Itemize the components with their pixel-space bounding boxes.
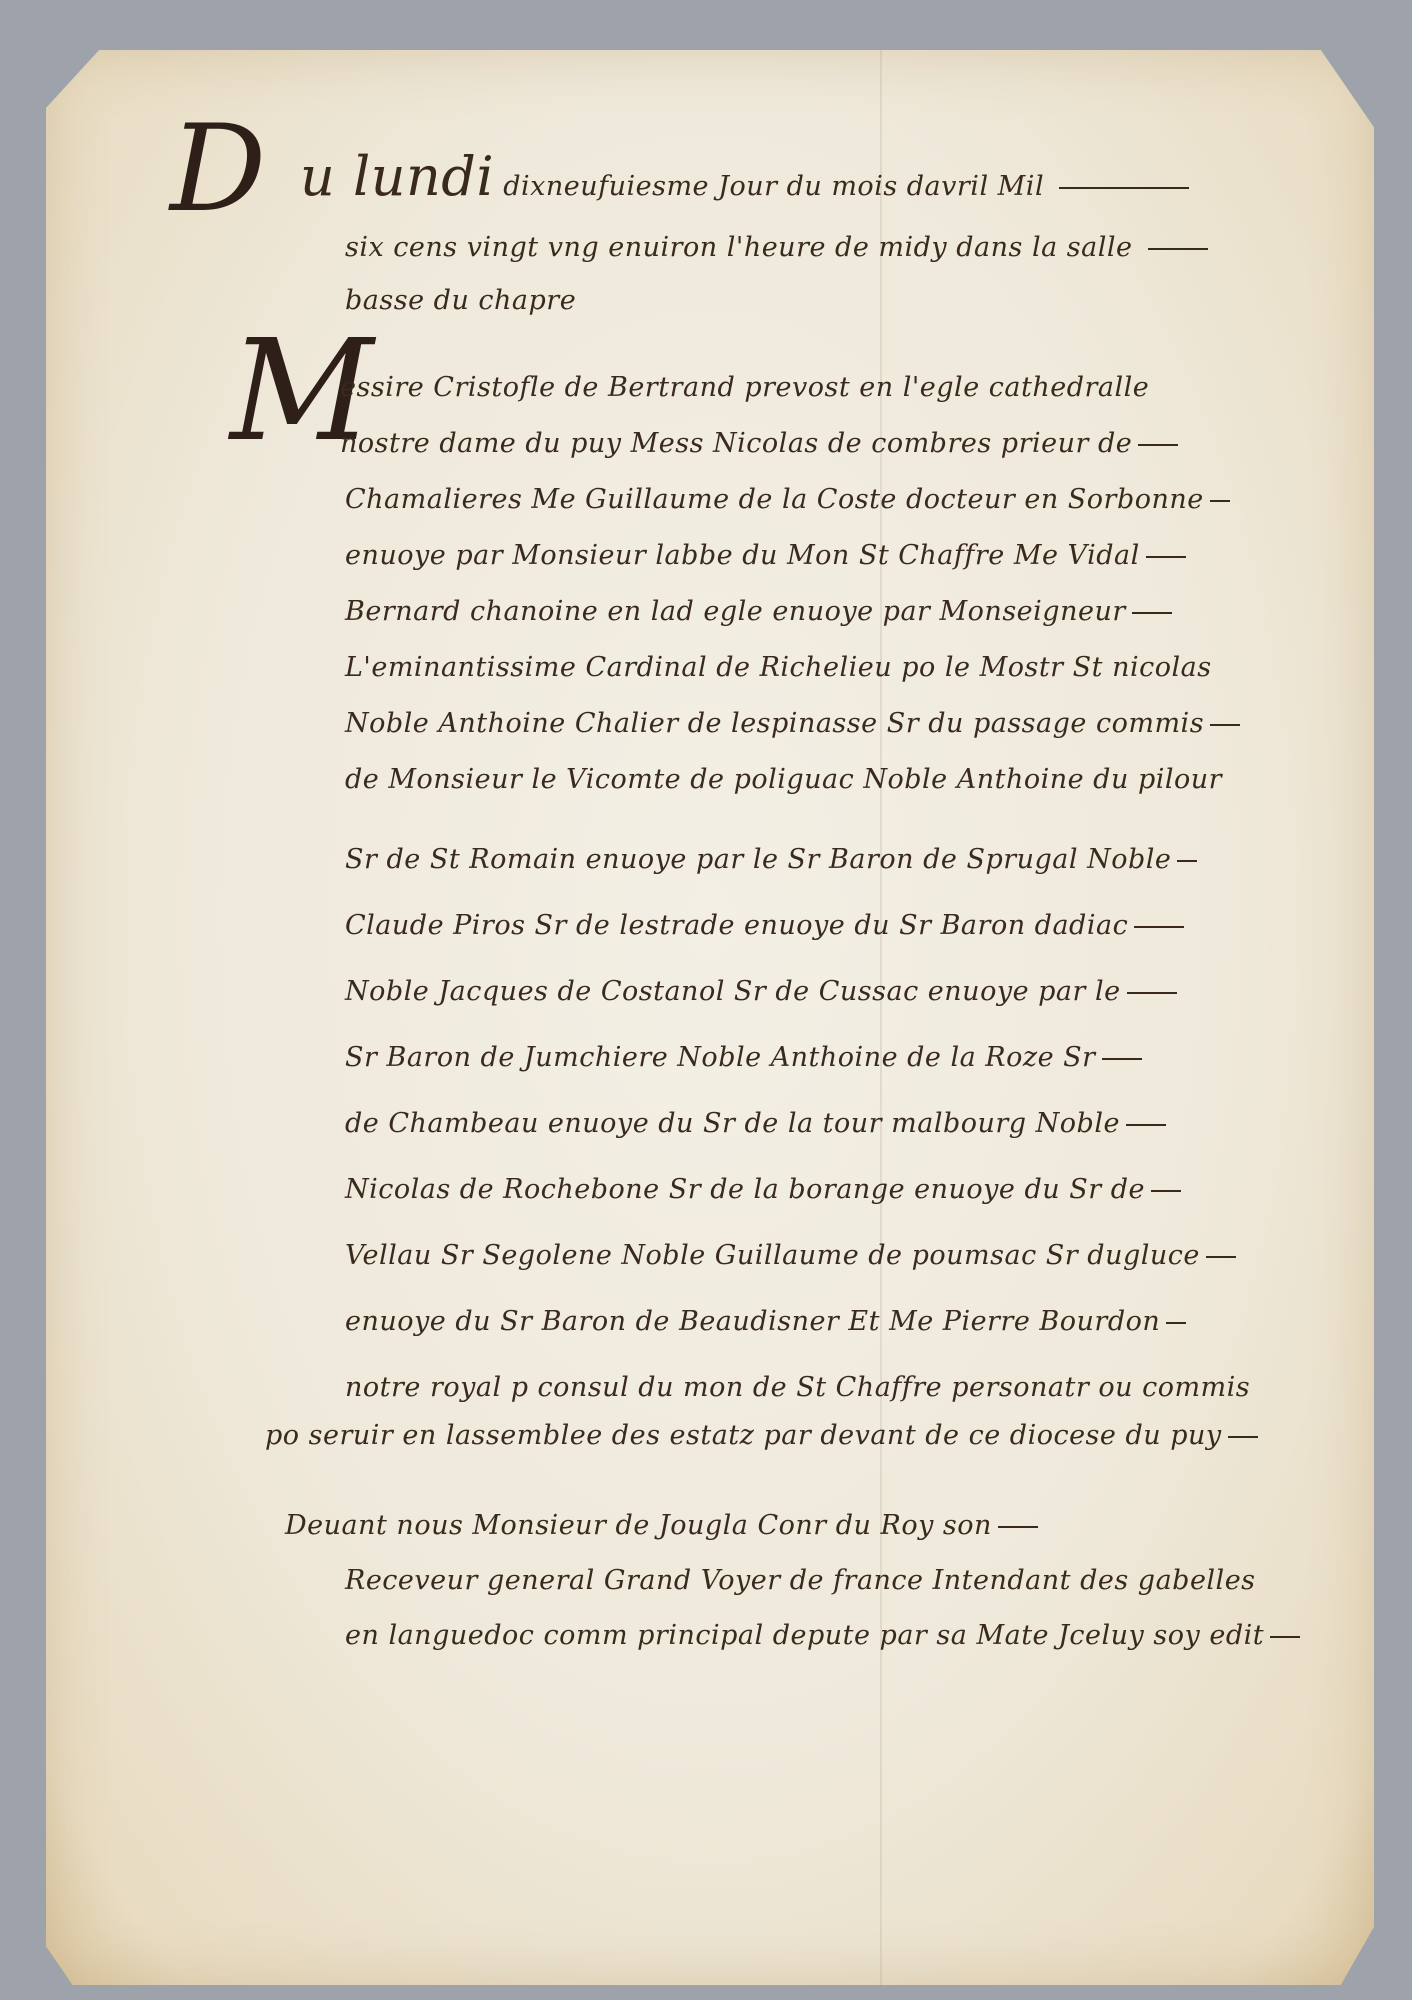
- closing-text: en languedoc comm principal depute par s…: [345, 1620, 1264, 1651]
- body-line-8: de Monsieur le Vicomte de poliguac Noble…: [345, 764, 1222, 795]
- decorated-initial-d: D: [170, 100, 266, 239]
- heading-text: basse du chapre: [345, 285, 576, 316]
- body-line-9: Sr de St Romain enuoye par le Sr Baron d…: [345, 844, 1197, 875]
- closing-line-1: Deuant nous Monsieur de Jougla Conr du R…: [285, 1510, 1038, 1541]
- body-text: Nicolas de Rochebone Sr de la borange en…: [345, 1174, 1145, 1205]
- closing-text: Receveur general Grand Voyer de france I…: [345, 1565, 1256, 1596]
- line-filler: [1127, 992, 1177, 994]
- body-text: Noble Jacques de Costanol Sr de Cussac e…: [345, 976, 1121, 1007]
- body-text: Vellau Sr Segolene Noble Guillaume de po…: [345, 1240, 1200, 1271]
- line-filler: [1210, 724, 1240, 726]
- line-filler: [1132, 612, 1172, 614]
- line-filler: [998, 1526, 1038, 1528]
- body-line-5: Bernard chanoine en lad egle enuoye par …: [345, 596, 1172, 627]
- body-text: enuoye du Sr Baron de Beaudisner Et Me P…: [345, 1306, 1160, 1337]
- body-text: essire Cristofle de Bertrand prevost en …: [340, 372, 1149, 403]
- line-filler: [1126, 1124, 1166, 1126]
- line-filler: [1228, 1436, 1258, 1438]
- body-line-2: nostre dame du puy Mess Nicolas de combr…: [340, 428, 1178, 459]
- body-line-15: Vellau Sr Segolene Noble Guillaume de po…: [345, 1240, 1236, 1271]
- body-line-16: enuoye du Sr Baron de Beaudisner Et Me P…: [345, 1306, 1186, 1337]
- body-text: po seruir en lassemblee des estatz par d…: [265, 1420, 1222, 1451]
- heading-text: dixneufuiesme Jour du mois davril Mil: [503, 171, 1044, 202]
- body-text: Claude Piros Sr de lestrade enuoye du Sr…: [345, 910, 1128, 941]
- body-line-18: po seruir en lassemblee des estatz par d…: [265, 1420, 1258, 1451]
- body-line-11: Noble Jacques de Costanol Sr de Cussac e…: [345, 976, 1177, 1007]
- body-line-12: Sr Baron de Jumchiere Noble Anthoine de …: [345, 1042, 1142, 1073]
- heading-line-2: six cens vingt vng enuiron l'heure de mi…: [345, 232, 1208, 263]
- line-filler: [1146, 556, 1186, 558]
- body-text: Bernard chanoine en lad egle enuoye par …: [345, 596, 1126, 627]
- body-line-3: Chamalieres Me Guillaume de la Coste doc…: [345, 484, 1230, 515]
- heading-line-1: u lundi dixneufuiesme Jour du mois davri…: [300, 145, 1189, 208]
- line-filler: [1134, 926, 1184, 928]
- line-filler: [1102, 1058, 1142, 1060]
- paper-fold: [880, 50, 882, 1985]
- line-filler: [1138, 444, 1178, 446]
- closing-line-3: en languedoc comm principal depute par s…: [345, 1620, 1300, 1651]
- line-filler: [1206, 1256, 1236, 1258]
- body-text: de Chambeau enuoye du Sr de la tour malb…: [345, 1108, 1120, 1139]
- body-text: L'eminantissime Cardinal de Richelieu po…: [345, 652, 1212, 683]
- body-line-1: essire Cristofle de Bertrand prevost en …: [340, 372, 1149, 403]
- line-filler: [1148, 248, 1208, 250]
- line-filler: [1059, 187, 1189, 189]
- line-filler: [1151, 1190, 1181, 1192]
- line-filler: [1270, 1636, 1300, 1638]
- body-line-14: Nicolas de Rochebone Sr de la borange en…: [345, 1174, 1181, 1205]
- heading-first-word: u lundi: [300, 145, 494, 208]
- body-line-13: de Chambeau enuoye du Sr de la tour malb…: [345, 1108, 1166, 1139]
- body-line-4: enuoye par Monsieur labbe du Mon St Chaf…: [345, 540, 1186, 571]
- body-line-10: Claude Piros Sr de lestrade enuoye du Sr…: [345, 910, 1184, 941]
- heading-text: six cens vingt vng enuiron l'heure de mi…: [345, 232, 1132, 263]
- closing-line-2: Receveur general Grand Voyer de france I…: [345, 1565, 1256, 1596]
- body-text: Chamalieres Me Guillaume de la Coste doc…: [345, 484, 1204, 515]
- closing-text: Deuant nous Monsieur de Jougla Conr du R…: [285, 1510, 992, 1541]
- heading-line-3: basse du chapre: [345, 285, 576, 316]
- body-line-17: notre royal p consul du mon de St Chaffr…: [345, 1372, 1250, 1403]
- body-text: enuoye par Monsieur labbe du Mon St Chaf…: [345, 540, 1140, 571]
- body-text: notre royal p consul du mon de St Chaffr…: [345, 1372, 1250, 1403]
- body-line-7: Noble Anthoine Chalier de lespinasse Sr …: [345, 708, 1240, 739]
- body-text: Sr de St Romain enuoye par le Sr Baron d…: [345, 844, 1171, 875]
- line-filler: [1177, 860, 1197, 862]
- body-text: nostre dame du puy Mess Nicolas de combr…: [340, 428, 1132, 459]
- body-text: Sr Baron de Jumchiere Noble Anthoine de …: [345, 1042, 1096, 1073]
- line-filler: [1166, 1322, 1186, 1324]
- body-line-6: L'eminantissime Cardinal de Richelieu po…: [345, 652, 1212, 683]
- body-text: Noble Anthoine Chalier de lespinasse Sr …: [345, 708, 1204, 739]
- body-text: de Monsieur le Vicomte de poliguac Noble…: [345, 764, 1222, 795]
- line-filler: [1210, 500, 1230, 502]
